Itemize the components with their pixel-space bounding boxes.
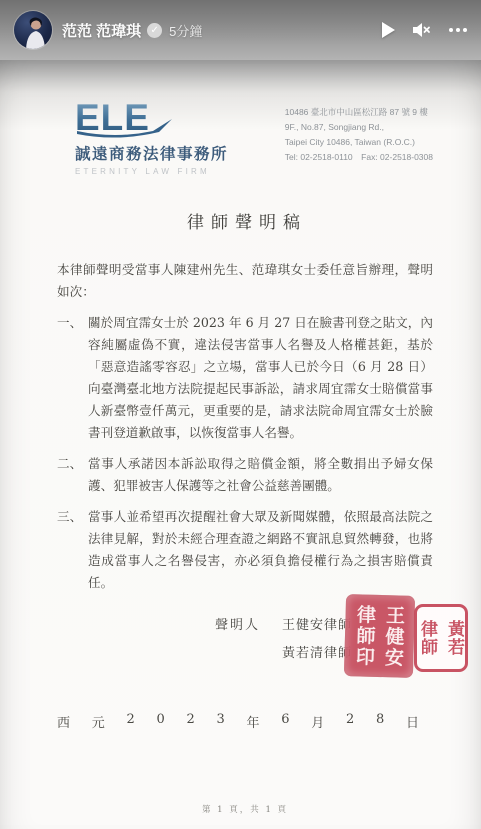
date-char: 西 <box>57 712 70 731</box>
more-options-icon[interactable] <box>449 24 467 36</box>
signatory-name: 王健安律師 <box>282 612 352 640</box>
avatar-person-image <box>14 11 52 49</box>
date-char: 6 <box>281 712 289 731</box>
story-viewer: 范范 范瑋琪 ✓ 5分鐘 ELE 誠遠商務法律 <box>0 0 481 829</box>
address-line: Tel: 02-2518-0110 Fax: 02-2518-0308 <box>285 150 433 165</box>
item-number: 一、 <box>57 312 88 444</box>
page-number: 第 1 頁，共 1 頁 <box>57 803 433 815</box>
intro-paragraph: 本律師聲明受當事人陳建州先生、范瑋琪女士委任意旨辦理，聲明如次： <box>57 259 433 303</box>
signature-block: 聲明人 王健安律師黃若清律師 王健安律師印 黃若律師 <box>57 612 433 690</box>
logo-swoosh-icon <box>75 98 205 140</box>
statement-item: 二、當事人承諾因本訴訟取得之賠償金額，將全數捐出予婦女保護、犯罪被害人保護等之社… <box>57 453 433 497</box>
letterhead: ELE 誠遠商務法律事務所 ETERNITY LAW FIRM 10486 臺北… <box>75 98 433 176</box>
story-timestamp: 5分鐘 <box>169 21 202 40</box>
date-char: 3 <box>216 712 224 731</box>
date-char: 0 <box>156 712 164 731</box>
statement-document: ELE 誠遠商務法律事務所 ETERNITY LAW FIRM 10486 臺北… <box>0 60 481 829</box>
mute-icon[interactable] <box>412 21 432 39</box>
firm-logo: ELE 誠遠商務法律事務所 ETERNITY LAW FIRM <box>75 98 255 176</box>
firm-name-en: ETERNITY LAW FIRM <box>75 167 255 176</box>
avatar[interactable] <box>14 11 52 49</box>
document-title: 律師聲明稿 <box>61 208 433 233</box>
date-char: 8 <box>376 712 384 731</box>
item-number: 二、 <box>57 453 88 497</box>
story-controls <box>382 21 467 39</box>
item-text: 關於周宜霈女士於 2023 年 6 月 27 日在臉書刊登之貼文，內容純屬虛偽不… <box>88 312 433 444</box>
signatory-label: 聲明人 <box>215 612 260 668</box>
item-number: 三、 <box>57 506 88 594</box>
address-line: 9F., No.87, Songjiang Rd., <box>285 120 433 135</box>
seal-text-column: 黃若 <box>442 620 467 656</box>
address-line: 10486 臺北市中山區松江路 87 號 9 樓 <box>285 105 433 120</box>
date-char: 2 <box>346 712 354 731</box>
item-text: 當事人並希望再次提醒社會大眾及新聞媒體，依照最高法院之法律見解，對於未經合理查證… <box>88 506 433 594</box>
signatory-name: 黃若清律師 <box>282 640 352 668</box>
date-line: 西元2023年6月28日 <box>57 712 419 731</box>
date-char: 年 <box>246 712 259 731</box>
verified-badge-icon: ✓ <box>147 23 162 38</box>
play-icon[interactable] <box>382 22 395 38</box>
signatory-names: 王健安律師黃若清律師 <box>282 612 352 668</box>
firm-logo-mark: ELE <box>75 98 205 140</box>
firm-address: 10486 臺北市中山區松江路 87 號 9 樓9F., No.87, Song… <box>285 105 433 165</box>
username[interactable]: 范范 范瑋琪 <box>62 20 141 41</box>
address-line: Taipei City 10486, Taiwan (R.O.C.) <box>285 135 433 150</box>
date-char: 2 <box>186 712 194 731</box>
statement-item: 一、關於周宜霈女士於 2023 年 6 月 27 日在臉書刊登之貼文，內容純屬虛… <box>57 312 433 444</box>
statement-items: 一、關於周宜霈女士於 2023 年 6 月 27 日在臉書刊登之貼文，內容純屬虛… <box>57 312 433 594</box>
date-char: 2 <box>126 712 134 731</box>
date-char: 月 <box>311 712 324 731</box>
item-text: 當事人承諾因本訴訟取得之賠償金額，將全數捐出予婦女保護、犯罪被害人保護等之社會公… <box>88 453 433 497</box>
firm-name-zh: 誠遠商務法律事務所 <box>75 142 255 164</box>
statement-item: 三、當事人並希望再次提醒社會大眾及新聞媒體，依照最高法院之法律見解，對於未經合理… <box>57 506 433 594</box>
date-char: 元 <box>92 712 105 731</box>
story-header: 范范 范瑋琪 ✓ 5分鐘 <box>0 0 481 60</box>
date-char: 日 <box>406 712 419 731</box>
